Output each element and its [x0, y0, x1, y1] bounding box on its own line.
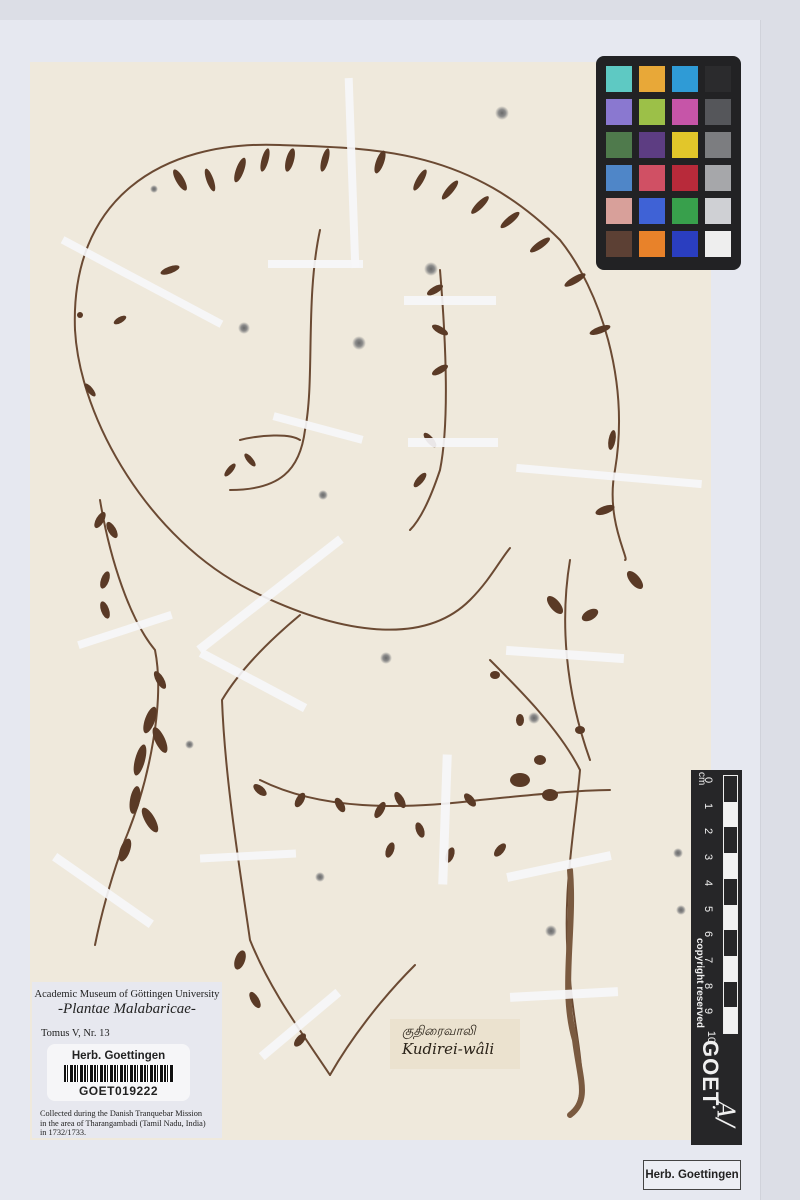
color-checker-card	[596, 56, 741, 270]
herbarium-name: Herb. Goettingen	[47, 1050, 190, 1062]
ruler-tick-block	[724, 956, 737, 982]
barcode-card: Herb. Goettingen GOET019222	[47, 1044, 190, 1101]
volume-number: Tomus V, Nr. 13	[41, 1028, 222, 1039]
ruler-tick-block	[724, 1007, 737, 1033]
goet-logo-icon: Ạ/	[712, 1101, 740, 1126]
transliterated-name: Kudirei-wâli	[402, 1040, 520, 1058]
color-patch	[705, 165, 731, 191]
color-patch	[705, 66, 731, 92]
color-patch	[639, 165, 665, 191]
ruler-tick-label: 1	[702, 803, 714, 809]
barcode-id: GOET019222	[47, 1084, 190, 1098]
color-patch	[705, 198, 731, 224]
herbarium-stamp: Herb. Goettingen	[643, 1160, 741, 1190]
collection-note-line: in 1732/1733.	[40, 1128, 220, 1138]
collection-note-line: Collected during the Danish Tranquebar M…	[40, 1109, 220, 1119]
color-patch	[606, 99, 632, 125]
ruler-tick-label: 5	[702, 905, 714, 911]
ruler-tick-block	[724, 802, 737, 828]
color-patch	[672, 198, 698, 224]
institution-label: Academic Museum of Göttingen University …	[32, 982, 222, 1138]
color-patch	[606, 165, 632, 191]
barcode-icon	[64, 1065, 174, 1082]
color-patch	[672, 132, 698, 158]
color-patch	[639, 132, 665, 158]
ruler-tick-label: 6	[702, 931, 714, 937]
copyright-text: copyright reserved	[694, 938, 705, 1028]
collection-note: Collected during the Danish Tranquebar M…	[40, 1109, 220, 1138]
collection-note-line: in the area of Tharangambadi (Tamil Nadu…	[40, 1119, 220, 1129]
color-patch	[606, 66, 632, 92]
ruler-tick-block	[724, 982, 737, 1008]
scale-ruler: cm 012345678910 copyright reserved GOET …	[691, 770, 742, 1145]
ruler-tick-block	[724, 776, 737, 802]
color-patch	[606, 198, 632, 224]
series-title: -Plantae Malabaricae-	[32, 1001, 222, 1018]
color-patch	[606, 132, 632, 158]
color-patch	[639, 231, 665, 257]
color-patch	[705, 231, 731, 257]
color-patch	[606, 231, 632, 257]
institution-name: Academic Museum of Göttingen University	[32, 989, 222, 1000]
ruler-tick-label: 4	[702, 880, 714, 886]
tamil-script-name: குதிரைவாலி	[402, 1024, 520, 1040]
tape-strip	[404, 296, 496, 305]
color-patch	[705, 99, 731, 125]
ruler-tick-block	[724, 827, 737, 853]
ruler-tick-block	[724, 853, 737, 879]
color-patch	[639, 198, 665, 224]
color-patch	[639, 66, 665, 92]
ruler-tick-block	[724, 905, 737, 931]
color-patch	[672, 66, 698, 92]
original-handwritten-label: குதிரைவாலி Kudirei-wâli	[390, 1019, 520, 1069]
ruler-tick-block	[724, 879, 737, 905]
ruler-tick-label: 3	[702, 854, 714, 860]
color-patch	[639, 99, 665, 125]
color-patch	[672, 231, 698, 257]
color-patch	[672, 99, 698, 125]
color-patch	[705, 132, 731, 158]
ruler-tick-label: 0	[702, 777, 714, 783]
goet-logo-text: GOET	[697, 1040, 723, 1106]
color-patch	[672, 165, 698, 191]
ruler-tick-label: 2	[702, 828, 714, 834]
tape-strip	[268, 260, 363, 268]
ruler-ticks	[723, 775, 738, 1034]
ruler-tick-block	[724, 930, 737, 956]
tape-strip	[408, 438, 498, 447]
